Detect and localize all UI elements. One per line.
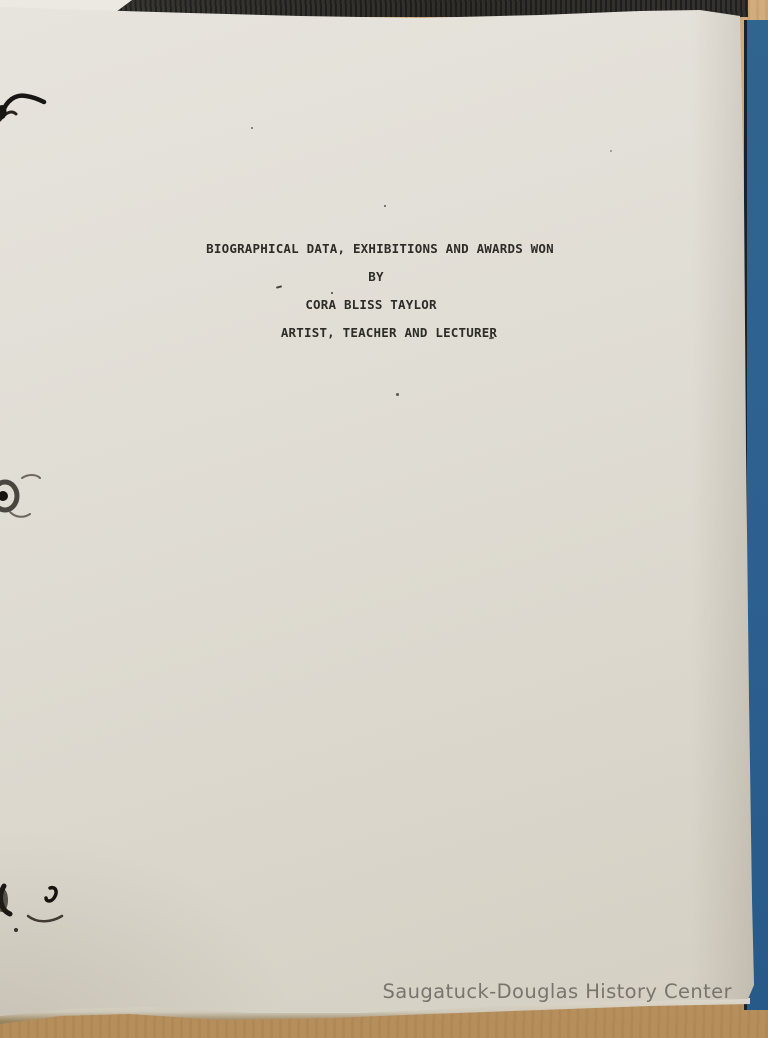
document-subtitle: ARTIST, TEACHER AND LECTURER: [11, 319, 767, 347]
binder-ring-mark-icon: [0, 84, 48, 128]
dust-speck: [610, 150, 612, 152]
stray-ink-dot: [331, 292, 333, 294]
document-byline: BY: [0, 263, 754, 291]
archive-watermark: Saugatuck-Douglas History Center: [383, 980, 732, 1003]
document-author: CORA BLISS TAYLOR: [0, 291, 749, 319]
typed-text-block: BIOGRAPHICAL DATA, EXHIBITIONS AND AWARD…: [0, 235, 756, 347]
punched-hole-ink-mark-icon: [0, 876, 72, 940]
dust-speck: [384, 205, 386, 207]
dust-speck: [251, 127, 253, 129]
document-title: BIOGRAPHICAL DATA, EXHIBITIONS AND AWARD…: [2, 235, 758, 263]
punched-hole-mark-icon: [0, 468, 44, 524]
dust-speck: [396, 393, 399, 396]
document-page: [0, 0, 768, 1038]
archival-photo-scene: BIOGRAPHICAL DATA, EXHIBITIONS AND AWARD…: [0, 0, 768, 1038]
